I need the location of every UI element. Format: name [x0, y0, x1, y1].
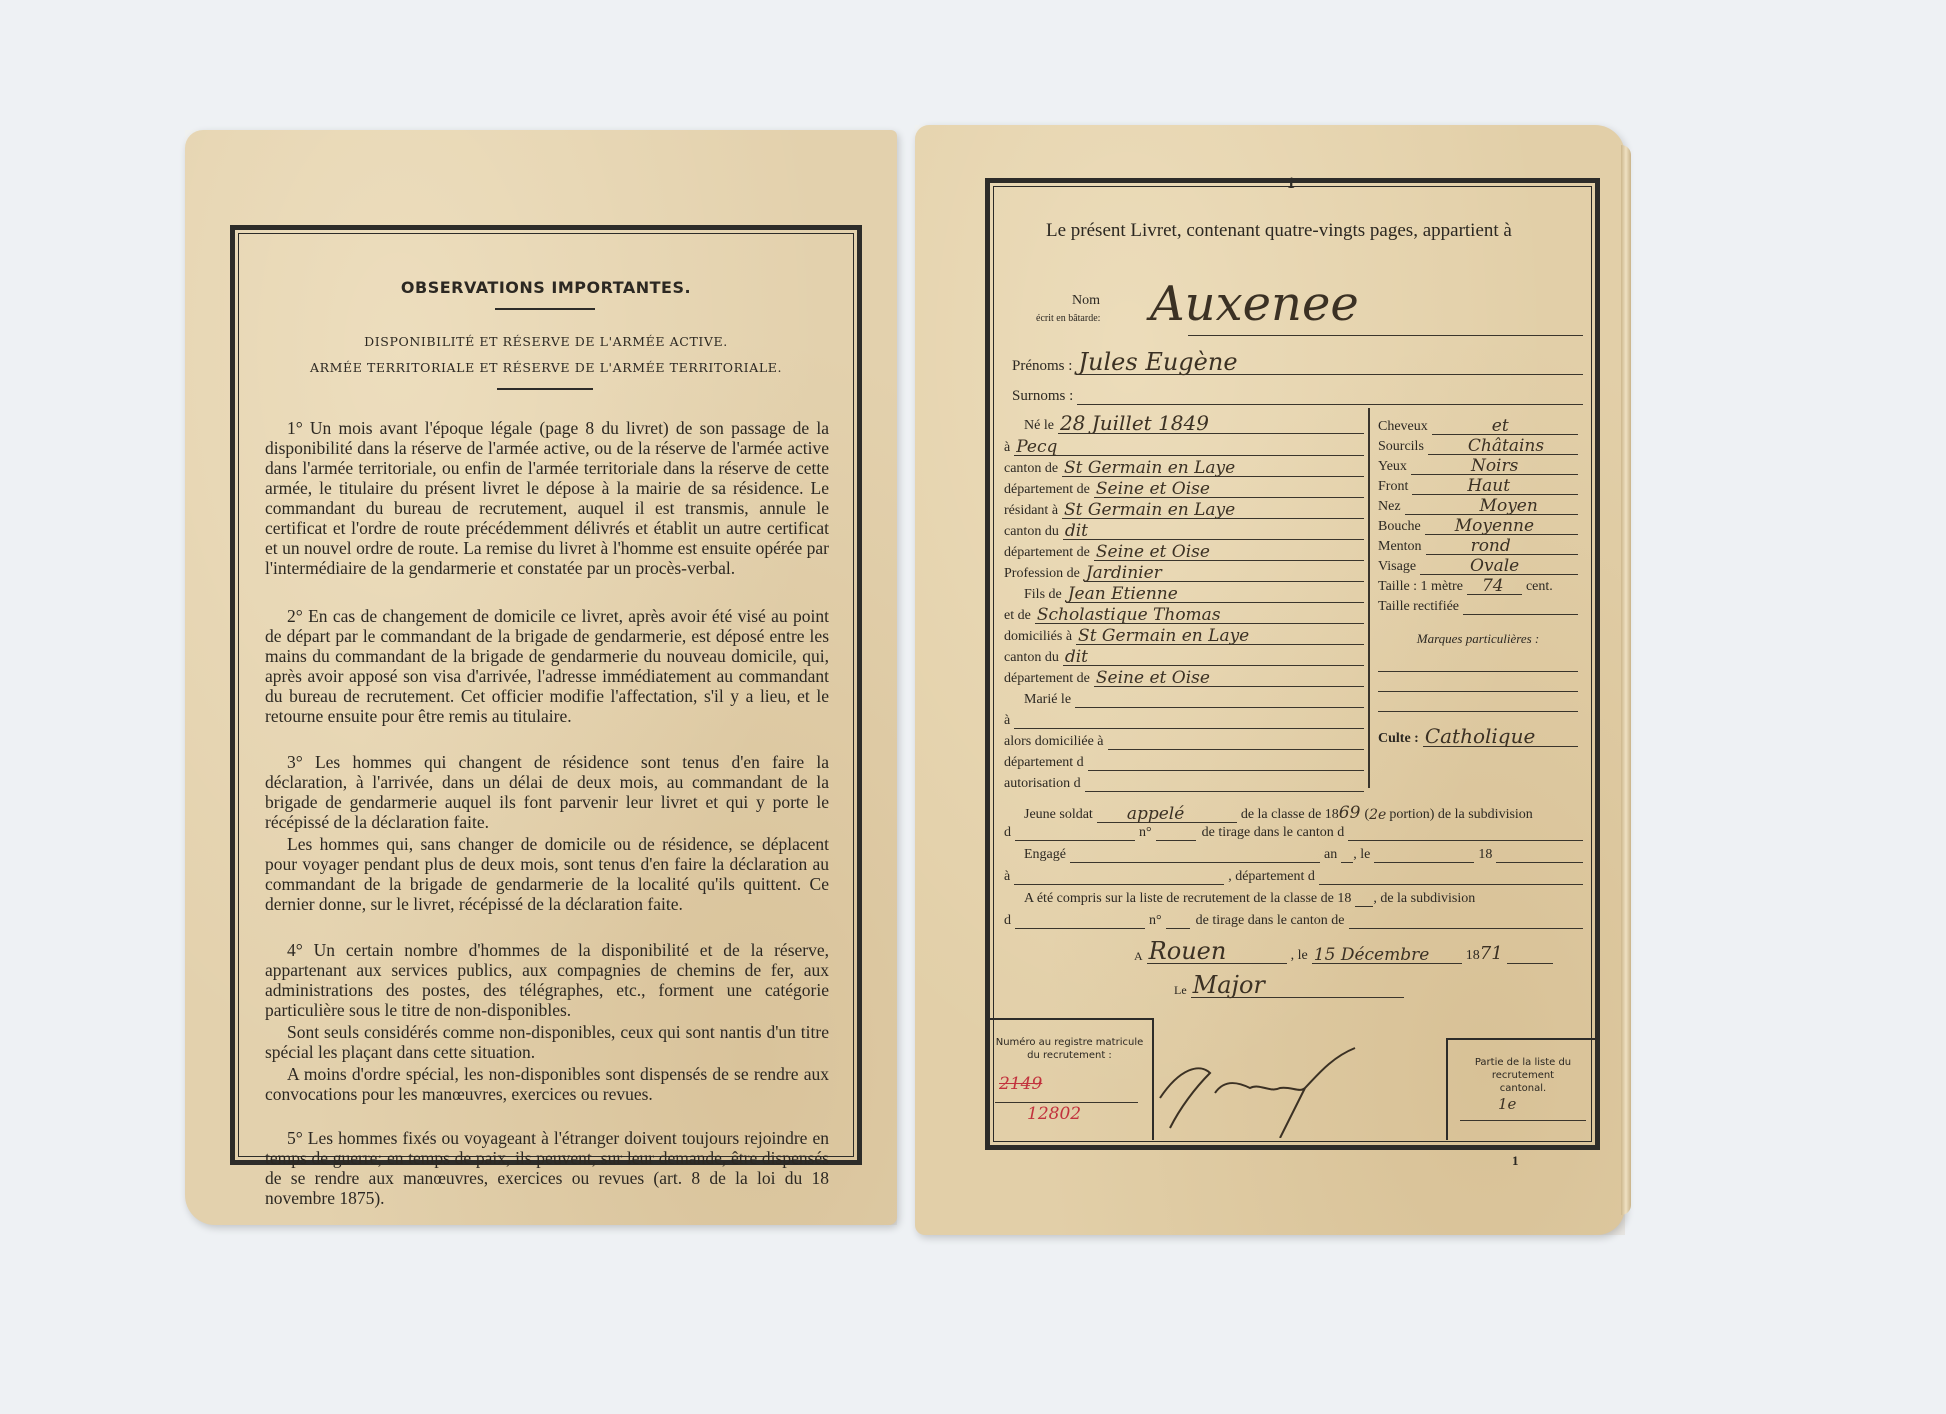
field-birthdate: Né le28 Juillet 1849	[1024, 418, 1364, 434]
surnoms-row: Surnoms :	[1012, 388, 1583, 405]
field-departement-marie: département d	[1004, 755, 1364, 771]
year-value: 71	[1480, 943, 1503, 964]
sig-sourcils: SourcilsChâtains	[1378, 439, 1578, 455]
field-autorisation: autorisation d	[1004, 776, 1364, 792]
field-mother: et deScholastique Thomas	[1004, 608, 1364, 624]
registre-matricule-box: Numéro au registre matricule du recrutem…	[987, 1018, 1154, 1140]
field-father: Fils deJean Etienne	[1024, 587, 1364, 603]
left-page: OBSERVATIONS IMPORTANTES. DISPONIBILITÉ …	[185, 130, 897, 1225]
signer-title: Major	[1193, 971, 1265, 999]
place-value: Rouen	[1149, 937, 1227, 965]
signer-row: Le Major	[1174, 983, 1404, 998]
liste-cantonale-box: Partie de la liste du recrutement canton…	[1446, 1038, 1598, 1140]
prenoms-value: Jules Eugène	[1078, 348, 1237, 376]
field-parents-canton: canton dudit	[1004, 650, 1364, 666]
observation-4: 4° Un certain nombre d'hommes de la disp…	[265, 940, 829, 1020]
field-alors-domiciliee: alors domiciliée à	[1004, 734, 1364, 750]
sig-taille-rectifiee: Taille rectifiée	[1378, 599, 1578, 615]
field-marie-a: à	[1004, 713, 1364, 729]
sig-visage: VisageOvale	[1378, 559, 1578, 575]
sig-bouche: BoucheMoyenne	[1378, 519, 1578, 535]
tirage-row: d n° de tirage dans le canton d	[1004, 825, 1583, 841]
livret-intro: Le présent Livret, contenant quatre-ving…	[1024, 221, 1571, 241]
culte-row: Culte :Catholique	[1378, 731, 1578, 747]
compris-row: A été compris sur la liste de recrutemen…	[1024, 891, 1583, 907]
subheading-2: ARMÉE TERRITORIALE ET RÉSERVE DE L'ARMÉE…	[235, 360, 857, 375]
observations-heading: OBSERVATIONS IMPORTANTES.	[235, 278, 857, 297]
field-marie-le: Marié le	[1024, 692, 1364, 708]
heading-rule	[495, 308, 595, 310]
struck-number: 2149	[999, 1078, 1042, 1091]
departement-row: à , département d	[1004, 869, 1583, 885]
field-residant: résidant àSt Germain en Laye	[1004, 503, 1364, 519]
observation-3: 3° Les hommes qui changent de résidence …	[265, 752, 829, 832]
place-date-row: A Rouen , le 15 Décembre 18 71	[1134, 943, 1553, 964]
observation-3b: Les hommes qui, sans changer de domicile…	[265, 834, 829, 914]
observation-5: 5° Les hommes fixés ou voyageant à l'étr…	[265, 1128, 829, 1208]
nom-label: Nom	[1072, 293, 1100, 309]
nom-value: Auxenee	[1150, 279, 1359, 329]
tirage-canton-row: d n° de tirage dans le canton de	[1004, 913, 1583, 929]
page-number-bottom: 1	[1512, 1153, 1519, 1169]
right-page-border: Le présent Livret, contenant quatre-ving…	[985, 178, 1600, 1150]
sig-nez: NezMoyen	[1378, 499, 1578, 515]
subheading-rule	[497, 388, 593, 390]
observation-4c: A moins d'ordre spécial, les non-disponi…	[265, 1064, 829, 1104]
engage-row: Engagé an , le 18	[1024, 847, 1583, 863]
observation-2: 2° En cas de changement de domicile ce l…	[265, 606, 829, 726]
observation-1: 1° Un mois avant l'époque légale (page 8…	[265, 418, 829, 578]
observation-4b: Sont seuls considérés comme non-disponib…	[265, 1022, 829, 1062]
field-canton: canton deSt Germain en Laye	[1004, 461, 1364, 477]
column-divider	[1368, 408, 1370, 788]
field-residence-departement: département deSeine et Oise	[1004, 545, 1364, 561]
sig-cheveux: Cheveuxet	[1378, 419, 1578, 435]
field-departement: département deSeine et Oise	[1004, 482, 1364, 498]
matricule-number: 12802	[1027, 1108, 1081, 1121]
date-value: 15 Décembre	[1314, 945, 1430, 965]
right-page: 1 1 Le présent Livret, contenant quatre-…	[915, 125, 1625, 1235]
nom-sublabel: écrit en bâtarde:	[1036, 313, 1100, 324]
signature-icon	[1140, 1038, 1370, 1138]
field-residence-canton: canton dudit	[1004, 524, 1364, 540]
sig-front: FrontHaut	[1378, 479, 1578, 495]
left-page-border: OBSERVATIONS IMPORTANTES. DISPONIBILITÉ …	[230, 225, 862, 1165]
field-parents-domicile: domiciliés àSt Germain en Laye	[1004, 629, 1364, 645]
field-birthplace: àPecq	[1004, 440, 1364, 456]
sig-yeux: YeuxNoirs	[1378, 459, 1578, 475]
sig-menton: Mentonrond	[1378, 539, 1578, 555]
jeune-soldat-row: Jeune soldat appelé de la classe de 18 6…	[1024, 803, 1583, 823]
prenoms-row: Prénoms : Jules Eugène	[1012, 358, 1583, 375]
liste-part-value: 1e	[1498, 1098, 1516, 1111]
sig-taille: Taille : 1 mètre74cent.	[1378, 579, 1578, 595]
marques-label: Marques particulières :	[1378, 631, 1578, 647]
field-profession: Profession deJardinier	[1004, 566, 1364, 582]
field-parents-departement: département deSeine et Oise	[1004, 671, 1364, 687]
subheading-1: DISPONIBILITÉ ET RÉSERVE DE L'ARMÉE ACTI…	[235, 334, 857, 349]
